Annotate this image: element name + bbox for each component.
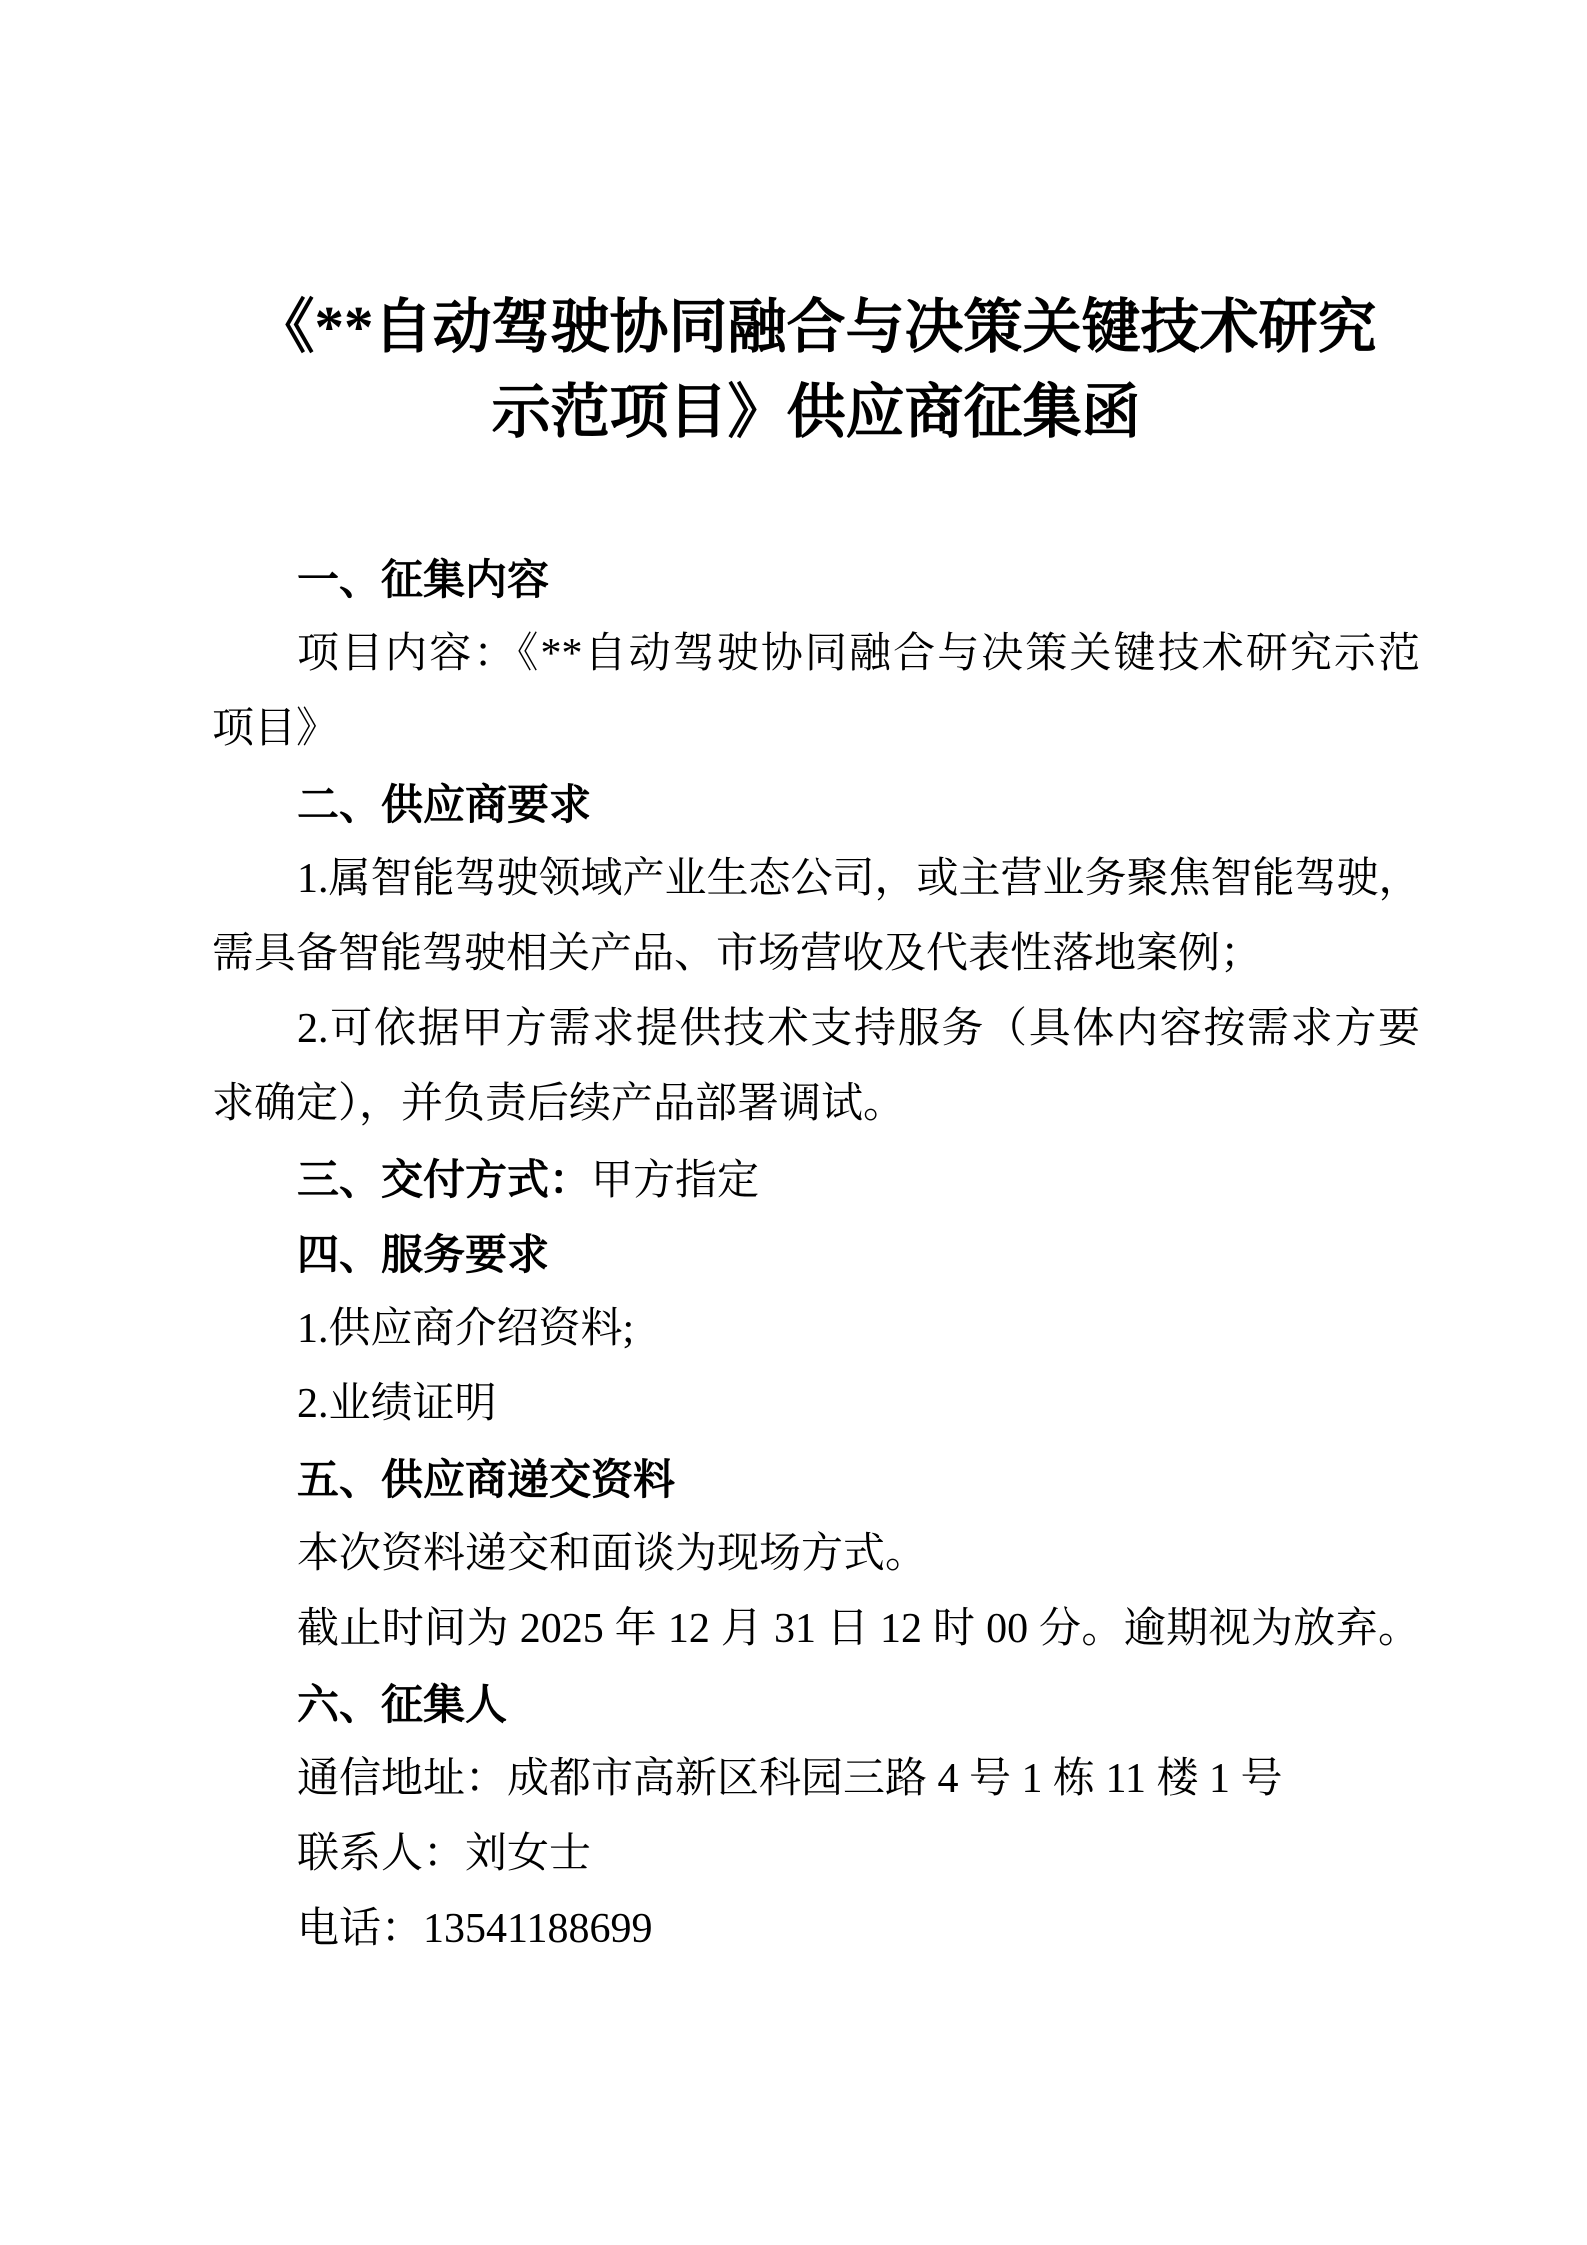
- section-5-body-line-1: 本次资料递交和面谈为现场方式。: [212, 1517, 1420, 1592]
- section-2-item-2-line-2: 求确定），并负责后续产品部署调试。: [212, 1067, 1420, 1142]
- contact-address-line: 通信地址：成都市高新区科园三路 4 号 1 栋 11 楼 1 号: [212, 1742, 1420, 1817]
- section-3-heading-label: 三、交付方式：: [297, 1156, 591, 1203]
- section-4-heading: 四、服务要求: [212, 1217, 1420, 1292]
- section-5-heading: 五、供应商递交资料: [212, 1442, 1420, 1517]
- section-6-heading: 六、征集人: [212, 1667, 1420, 1742]
- section-2-item-1-line-1: 1.属智能驾驶领域产业生态公司，或主营业务聚焦智能驾驶，: [212, 842, 1420, 917]
- section-5-deadline-line: 截止时间为 2025 年 12 月 31 日 12 时 00 分。逾期视为放弃。: [212, 1592, 1420, 1667]
- contact-person-line: 联系人：刘女士: [212, 1817, 1420, 1892]
- section-2-item-1-line-2: 需具备智能驾驶相关产品、市场营收及代表性落地案例；: [212, 917, 1420, 992]
- document-title-line1: 《**自动驾驶协同融合与决策关键技术研究: [212, 285, 1420, 370]
- contact-phone-line: 电话：13541188699: [212, 1892, 1420, 1967]
- section-1-body-line-2: 项目》: [212, 692, 1420, 767]
- document-body: 一、征集内容项目内容：《**自动驾驶协同融合与决策关键技术研究示范项目》二、供应…: [212, 542, 1420, 1967]
- section-4-item-1: 1.供应商介绍资料;: [212, 1292, 1420, 1367]
- section-1-heading: 一、征集内容: [212, 542, 1420, 617]
- section-4-item-2: 2.业绩证明: [212, 1367, 1420, 1442]
- section-2-heading: 二、供应商要求: [212, 767, 1420, 842]
- document-title: 《**自动驾驶协同融合与决策关键技术研究 示范项目》供应商征集函: [212, 285, 1420, 455]
- section-3-heading-value: 甲方指定: [591, 1158, 759, 1204]
- document-title-line2: 示范项目》供应商征集函: [212, 370, 1420, 455]
- section-3-heading: 三、交付方式：甲方指定: [212, 1142, 1420, 1217]
- section-2-item-2-line-1: 2.可依据甲方需求提供技术支持服务（具体内容按需求方要: [212, 992, 1420, 1067]
- section-1-body-line-1: 项目内容：《**自动驾驶协同融合与决策关键技术研究示范: [212, 617, 1420, 692]
- document-page: 《**自动驾驶协同融合与决策关键技术研究 示范项目》供应商征集函 一、征集内容项…: [0, 0, 1587, 2245]
